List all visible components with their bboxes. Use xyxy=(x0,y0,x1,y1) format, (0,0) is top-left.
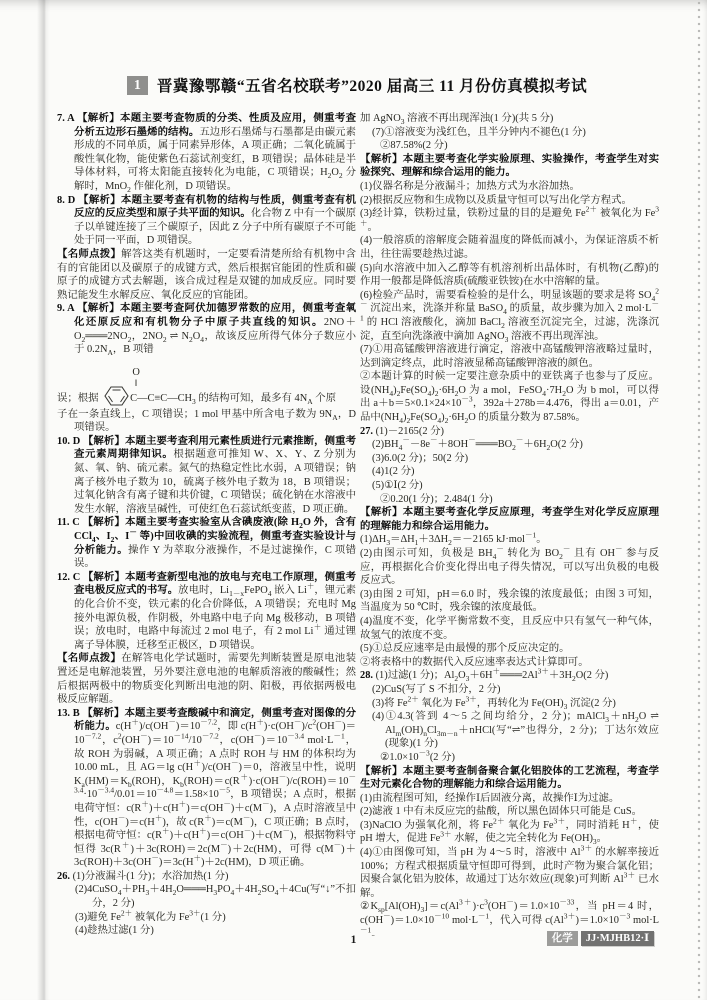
analysis-26-4: (4)一般溶质的溶解度会随着温度的降低而减小，为保证溶质不析出，往往需要趁热过滤… xyxy=(360,234,659,261)
answer-item-13: 13. B 【解析】本题主要考查酸碱中和滴定，侧重考查对图像的分析能力。c(H＋… xyxy=(57,707,356,870)
answer-27-5-2: ②0.20(1 分)；2.484(1 分) xyxy=(380,493,659,507)
analysis-26-2: (2)根据反应物和生成物以及质量守恒可以写出化学方程式。 xyxy=(360,194,659,208)
answer-item-9-continued: 子在一条直线上，C 项错误；1 mol 甲基中所含电子数为 9NA，D 项错误。 xyxy=(57,408,356,435)
analysis-27-5-1: (5)①总反应速率是由最慢的那个反应决定的。 xyxy=(360,642,659,656)
answer-28-4-2: ②1.0×10－3(2 分) xyxy=(380,751,659,765)
answer-item-7: 7. A 【解析】本题主要考查物质的分类、性质及应用，侧重考查分析五边形石墨烯的… xyxy=(57,112,356,194)
footer-code-badges: 化学 JJ·MJHB12·Ⅰ xyxy=(547,931,654,946)
double-bond-mark: ‖ xyxy=(131,377,141,391)
answer-26-7-1: (7)①溶液变为浅红色，且半分钟内不褪色(1 分) xyxy=(372,126,659,140)
paper-code-badge: JJ·MJHB12·Ⅰ xyxy=(581,931,654,946)
page-header: 1 晋冀豫鄂赣“五省名校联考”2020 届高三 11 月份仿真模拟考试 xyxy=(57,72,657,98)
analysis-26-7-2: ②本题计算的时候一定要注意杂质中的亚铁离子也参与了反应。设(NH4)2Fe(SO… xyxy=(360,370,659,424)
analysis-26-heading: 【解析】本题主要考查化学实验原理、实验操作，考查学生对实验探究、理解和综合运用的… xyxy=(360,153,659,180)
analysis-26-3: (3)经计算，铁粉过量，铁粉过量的目的是避免 Fe2＋ 被氧化为 Fe3＋。 xyxy=(360,207,659,234)
analysis-26-7-1: (7)①用高锰酸钾溶液进行滴定，溶液中高锰酸钾溶液略过量时，达到滴定终点，此时溶… xyxy=(360,343,659,370)
analysis-27-heading: 【解析】本题主要考查化学反应原理，考查学生对化学反应原理的理解能力和综合运用能力… xyxy=(360,506,659,533)
analysis-28-2: (2)滤液 1 中有未反应完的盐酸，所以黑色固体只可能是 CuS。 xyxy=(360,805,659,819)
answer-item-8: 8. D 【解析】本题主要考查有机物的结构与性质，侧重考查有机反应的反应类型和原… xyxy=(57,194,356,248)
answer-item-9: 9. A 【解析】本题主要考查阿伏加德罗常数的应用，侧重考查氧化还原反应和有机物… xyxy=(57,302,356,356)
analysis-28-3: (3)NaClO 为强氧化剂，将 Fe2＋ 氧化为 Fe3＋，同时消耗 H＋，使… xyxy=(360,819,659,846)
analysis-28-1: (1)由流程图可知，经操作Ⅰ后固液分离，故操作Ⅰ为过滤。 xyxy=(360,792,659,806)
answer-26-3: (3)避免 Fe2＋ 被氧化为 Fe3＋(1 分) xyxy=(75,911,356,925)
structural-formula-line: 误；根据 O‖C—C≡C—CH3 的结构可知，最多有 4NA 个原 xyxy=(57,357,356,408)
analysis-28-4-1: (4)①由图像可知，当 pH 为 4～5 时，溶液中 Al3＋ 的水解率接近 1… xyxy=(360,846,659,900)
answer-item-10: 10. D 【解析】本题主要考查利用元素性质进行元素推断，侧重考查元素周期律知识… xyxy=(57,435,356,517)
teacher-tip-8: 【名师点拨】解答这类有机题时，一定要看清楚所给有机物中含有的官能团以及碳原子的成… xyxy=(57,248,356,302)
answer-28-3: (3)将 Fe2＋ 氧化为 Fe3＋，再转化为 Fe(OH)3 沉淀(2 分) xyxy=(372,697,659,711)
answer-26-6-continued: 加 AgNO3 溶液不再出现浑浊(1 分)(共 5 分) xyxy=(360,112,659,126)
answer-28-4-1: (4)①4.3(答到 4～5 之间均给分，2 分)；mAlCl3＋nH2O ⇌ … xyxy=(372,710,659,751)
analysis-27-4: (4)温度不变，化学平衡常数不变，且反应中只有氢气一种气体，故氢气的浓度不变。 xyxy=(360,615,659,642)
teacher-tip-12: 【名师点拨】在解答电化学试题时，需要先判断装置是原电池装置还是电解池装置，另外要… xyxy=(57,652,356,706)
carbonyl-chain: O‖C—C≡C—CH3 xyxy=(130,392,196,406)
page-title: 晋冀豫鄂赣“五省名校联考”2020 届高三 11 月份仿真模拟考试 xyxy=(157,74,587,96)
exam-answer-sheet-page: 1 晋冀豫鄂赣“五省名校联考”2020 届高三 11 月份仿真模拟考试 7. A… xyxy=(0,0,707,1000)
subject-badge: 化学 xyxy=(547,931,578,946)
analysis-26-5: (5)向水溶液中加入乙醇等有机溶剂析出晶体时，有机物(乙醇)的作用一般都是降低溶… xyxy=(360,262,659,289)
answer-item-12: 12. C 【解析】本题考查新型电池的放电与充电工作原理，侧重考查电极反应式的书… xyxy=(57,571,356,653)
answer-item-11: 11. C 【解析】本题主要考查实验室从含碘废液(除 H2O 外，含有 CCl4… xyxy=(57,516,356,570)
perforation-dots xyxy=(697,0,702,1000)
answer-26-2: (2)4CuSO4＋PH3＋4H2O═══H3PO4＋4H2SO4＋4Cu(写“… xyxy=(75,883,356,910)
right-column: 加 AgNO3 溶液不再出现浑浊(1 分)(共 5 分) (7)①溶液变为浅红色… xyxy=(360,112,659,936)
answer-27-5-1: (5)①Ⅰ(2 分) xyxy=(372,479,659,493)
answer-26-7-2: ②87.58%(2 分) xyxy=(380,139,659,153)
analysis-27-2: (2)由图示可知，负极是 BH4－ 转化为 BO2－ 且有 OH－ 参与反应，再… xyxy=(360,547,659,588)
analysis-26-1: (1)仪器名称是分液漏斗；加热方式为水浴加热。 xyxy=(360,180,659,194)
binding-crease xyxy=(37,0,50,1000)
answer-item-28: 28. (1)过滤(1 分)；Al2O3＋6H＋═══2Al3＋＋3H2O(2 … xyxy=(360,669,659,683)
benzene-ring-icon xyxy=(102,384,129,408)
analysis-28-heading: 【解析】本题主要考查制备聚合氯化铝胶体的工艺流程，考查学生对元素化合物的理解能力… xyxy=(360,765,659,792)
left-column: 7. A 【解析】本题主要考查物质的分类、性质及应用，侧重考查分析五边形石墨烯的… xyxy=(57,112,356,936)
answer-item-26: 26. (1)分液漏斗(1 分)；水浴加热(1 分) xyxy=(57,870,356,884)
analysis-27-3: (3)由图 2 可知，pH＝6.0 时，残余镍的浓度最低；由图 3 可知，当温度… xyxy=(360,588,659,615)
answer-27-3: (3)6.0(2 分)；50(2 分) xyxy=(372,452,659,466)
analysis-26-6: (6)检验产品时，需要看检验的是什么，明显该题的要求是将 SO42－ 沉淀出来，… xyxy=(360,289,659,343)
answer-27-4: (4)1(2 分) xyxy=(372,465,659,479)
header-index-badge: 1 xyxy=(127,76,148,95)
analysis-27-5-2: ②将表格中的数据代入反应速率表达式计算即可。 xyxy=(360,656,659,670)
answer-27-2: (2)BH4－－8e－＋8OH－═══BO2－＋6H2O(2 分) xyxy=(372,438,659,452)
